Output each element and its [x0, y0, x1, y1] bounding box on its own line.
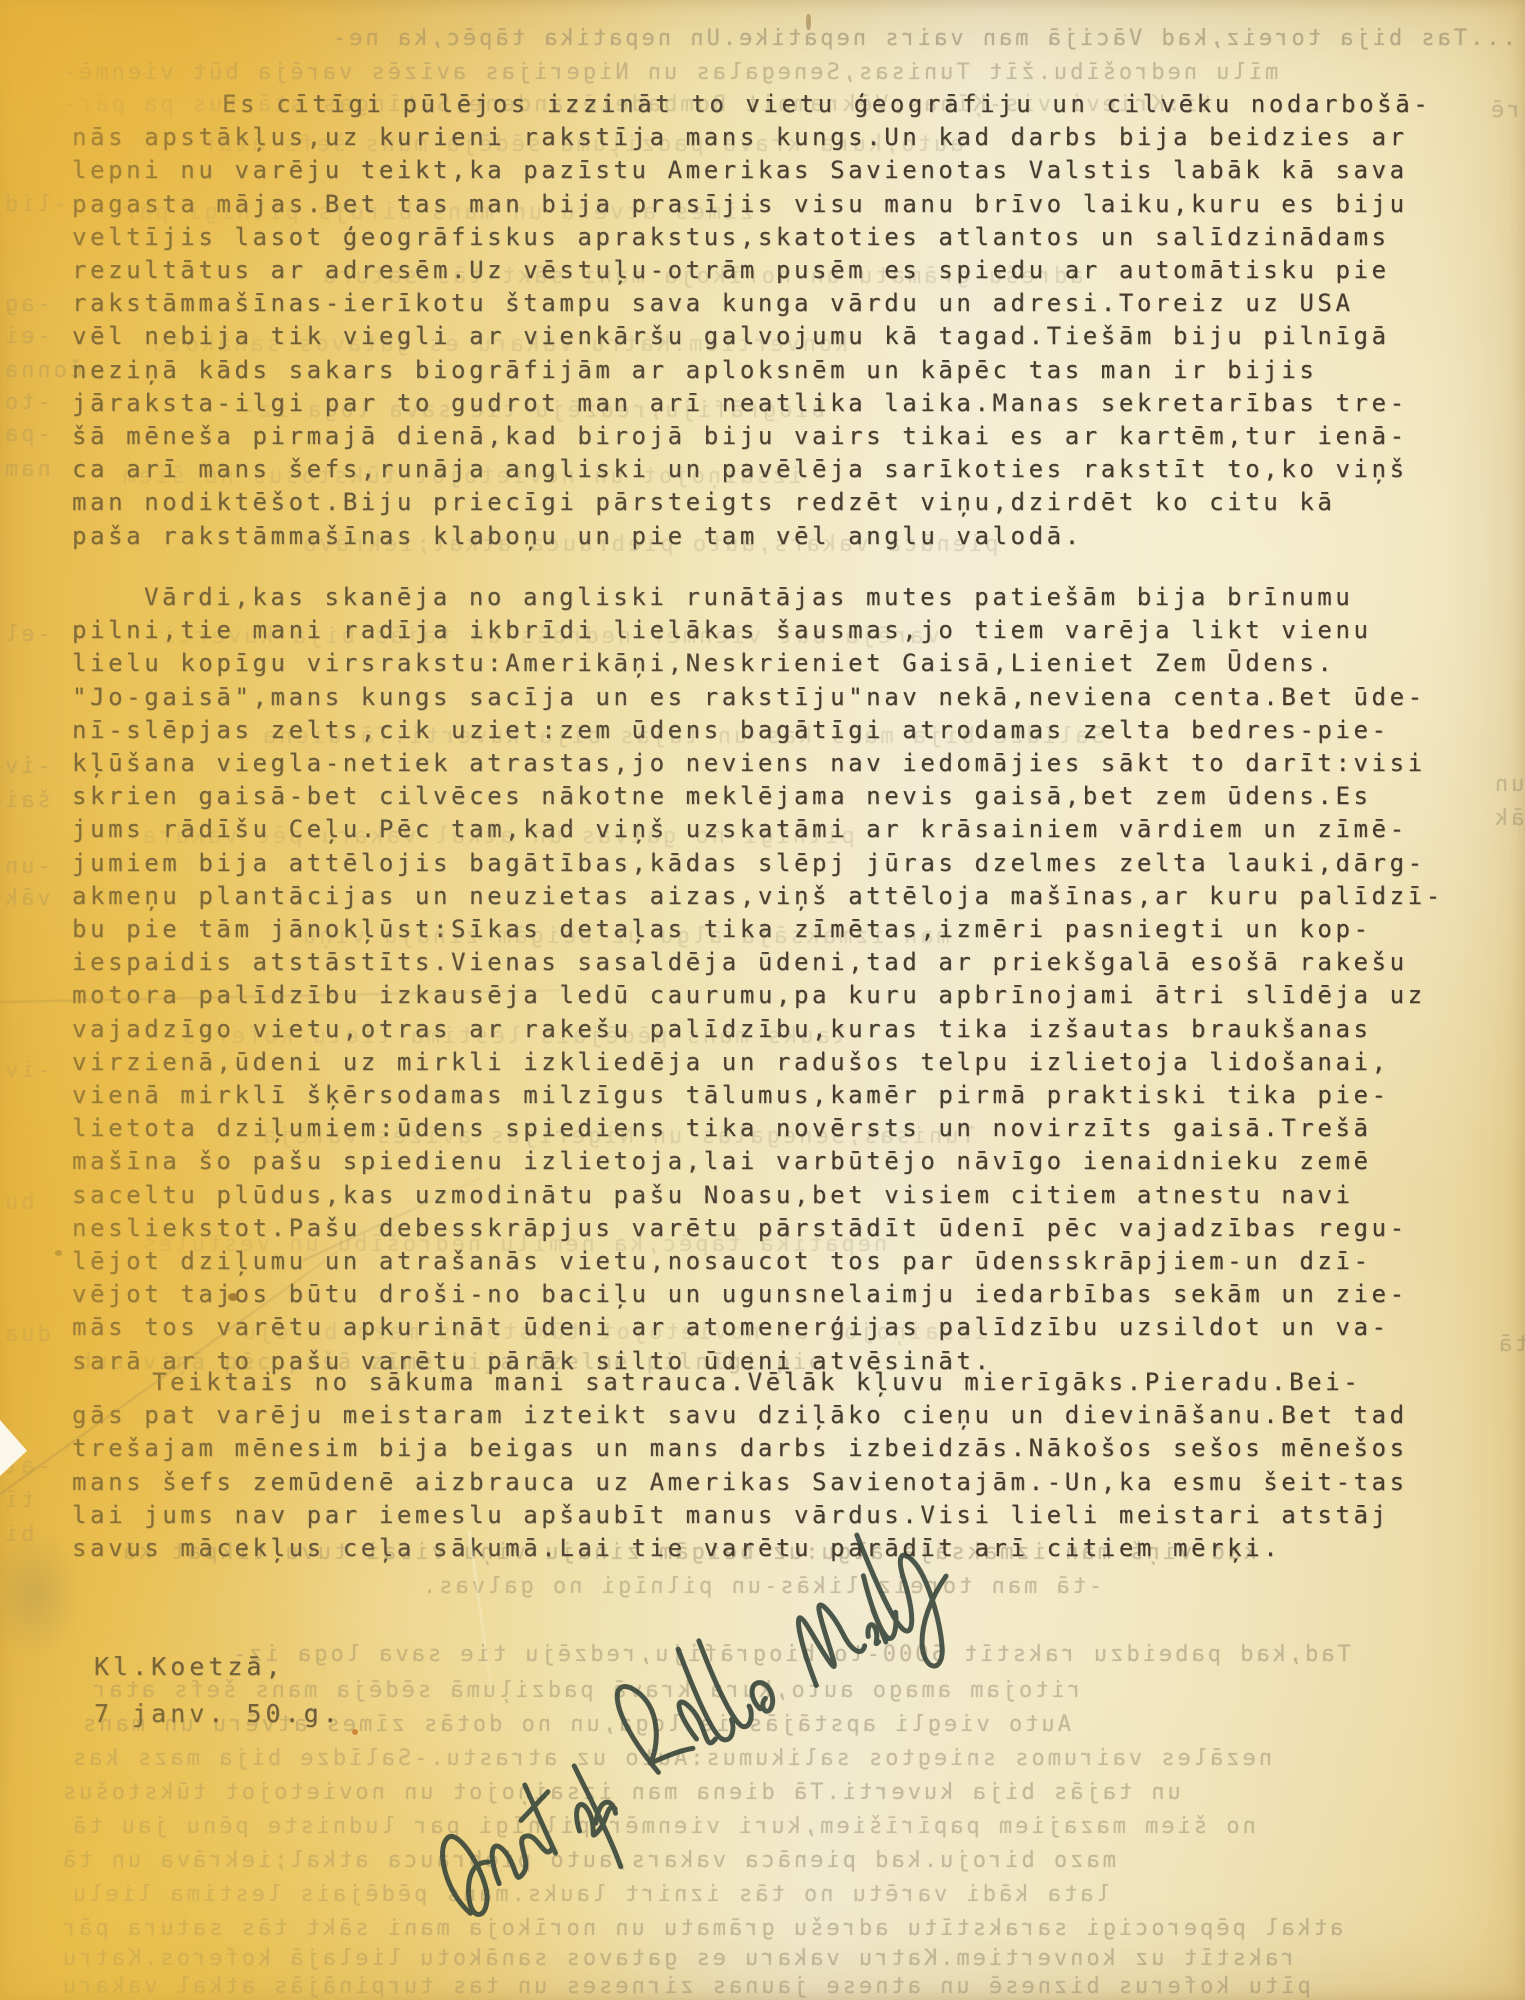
dateline: Kl.Koetzā, 7 janv. 50.g.	[94, 1643, 342, 1737]
text-line: mašīna šo pašu spiedienu izlietoja,lai v…	[72, 1145, 1482, 1178]
ghost-line: rakstīt uz konvertiem.Katru vakaru es ga…	[60, 1944, 1295, 1974]
text-line: trešajam mēnesim bija beigas un mans dar…	[72, 1432, 1482, 1465]
text-line: lepni nu varēju teikt,ka pazīstu Amerika…	[72, 154, 1482, 187]
text-line: lietota dziļumiem:ūdens spiediens tika n…	[72, 1112, 1482, 1145]
ghost-line: -iv	[2, 1056, 51, 1086]
stain	[352, 1729, 358, 1735]
ghost-line: bu	[2, 1188, 35, 1218]
paragraph-2: Vārdi,kas skanēja no angliski runātājas …	[72, 581, 1482, 1378]
ghost-line: -iv	[2, 752, 51, 782]
ghost-line: -ei	[2, 322, 51, 352]
text-line: neziņā kāds sakars biogrāfijām ar aploks…	[72, 354, 1482, 387]
ghost-line: vāk	[1492, 804, 1525, 834]
text-line: jums rādīšu Ceļu.Pēc tam,kad viņš uzskat…	[72, 813, 1482, 846]
text-line: vēl nebija tik viegli ar vienkāršu galvo…	[72, 320, 1482, 353]
ghost-line: tā	[1496, 1330, 1525, 1360]
dateline-date: 7 janv. 50.g.	[94, 1690, 342, 1737]
text-line: šā mēneša pirmajā dienā,kad birojā biju …	[72, 420, 1482, 453]
smudge	[0, 1528, 81, 1658]
ghost-line: vāk	[2, 884, 51, 914]
text-line: pilni,tie mani radīja ikbrīdi lielākas š…	[72, 614, 1482, 647]
dateline-place: Kl.Koetzā,	[94, 1643, 342, 1690]
ghost-line: pītu koferus biznesē un atnese jaunas zi…	[60, 1972, 1311, 2000]
ghost-line: atkal pēperocigi sarakstītu adrešu grāma…	[60, 1914, 1343, 1944]
ghost-line: dua	[2, 1320, 51, 1350]
text-line: Es cītīgi pūlējos izzināt to vietu ģeogr…	[72, 88, 1482, 121]
ghost-line: ...Tas bija toreiz,kad Vācijā man vairs …	[330, 24, 1516, 54]
ghost-line: -ag	[2, 290, 51, 320]
text-line: lielu kopīgu virsrakstu:Amerikāņi,Neskri…	[72, 647, 1482, 680]
ghost-line: -pa	[2, 420, 51, 450]
ghost-line: -lid	[2, 190, 67, 220]
text-line: ca arī mans šefs,runāja angliski un pavē…	[72, 453, 1482, 486]
text-line: bu pie tām jānokļūst:Sīkas detaļas tika …	[72, 913, 1482, 946]
ghost-line: -to	[2, 388, 51, 418]
ghost-line: nam	[2, 455, 51, 485]
text-line: "Jo-gaisā",mans kungs sacīja un es rakst…	[72, 681, 1482, 714]
text-line: jumiem bija attēlojis bagātības,kādas sl…	[72, 847, 1482, 880]
text-line: vajadzīgo vietu,otras ar rakešu palīdzīb…	[72, 1013, 1482, 1046]
text-line: vienā mirklī šķērsodamas milzīgus tālumu…	[72, 1079, 1482, 1112]
text-line: man nodiktēšot.Biju priecīgi pārsteigts …	[72, 486, 1482, 519]
text-line: paša rakstāmmašīnas klaboņu un pie tam v…	[72, 520, 1482, 553]
text-line: Teiktais no sākuma mani satrauca.Vēlāk k…	[72, 1366, 1482, 1399]
ghost-line: mīlu nedrošību.žīt Tunisas,Senegalas un …	[60, 58, 1278, 88]
text-line: nī-slēpjas zelts,cik uziet:zem ūdens bag…	[72, 714, 1482, 747]
text-line: iespaidis atstāstīts.Vienas sasaldēja ūd…	[72, 946, 1482, 979]
text-line: saceltu plūdus,kas uzmodinātu pašu Noasu…	[72, 1179, 1482, 1212]
text-line: mans šefs zemūdenē aizbrauca uz Amerikas…	[72, 1466, 1482, 1499]
text-line: veltījis lasot ģeogrāfiskus aprakstus,sk…	[72, 221, 1482, 254]
letter-page: ...Tas bija toreiz,kad Vācijā man vairs …	[0, 0, 1525, 2000]
text-line: gās pat varēju meistaram izteikt savu dz…	[72, 1399, 1482, 1432]
text-line: rakstāmmašīnas-ierīkotu štampu sava kung…	[72, 287, 1482, 320]
text-line: Vārdi,kas skanēja no angliski runātājas …	[72, 581, 1482, 614]
stain	[55, 1250, 62, 1256]
text-line: rezultātus ar adresēm.Uz vēstuļu-otrām p…	[72, 254, 1482, 287]
ghost-line: šai	[2, 786, 51, 816]
text-line: akmeņu plantācijas un neuzietas aizas,vi…	[72, 880, 1482, 913]
text-line: mās tos varētu apkurināt ūdeni ar atomen…	[72, 1311, 1482, 1344]
text-line: pagasta mājas.Bet tas man bija prasījis …	[72, 188, 1482, 221]
ghost-line: -un	[1492, 770, 1525, 800]
stain	[806, 14, 811, 30]
text-line: nesliekstot.Pašu debesskrāpjus varētu pā…	[72, 1212, 1482, 1245]
stain	[228, 1293, 238, 1301]
text-line: lējot dziļumu un atrašanās vietu,nosauco…	[72, 1245, 1482, 1278]
ghost-line: -un	[2, 852, 51, 882]
text-line: skrien gaisā-bet cilvēces nākotne meklēj…	[72, 780, 1482, 813]
text-line: vējot tajos būtu droši-no baciļu un ugun…	[72, 1278, 1482, 1311]
ghost-line: -el	[2, 620, 51, 650]
text-line: jāraksta-ilgi par to gudrot man arī neat…	[72, 387, 1482, 420]
text-line: kļūšana viegla-netiek atrastas,jo nevien…	[72, 747, 1482, 780]
text-line: nās apstākļus,uz kurieni rakstīja mans k…	[72, 121, 1482, 154]
text-line: virzienā,ūdeni uz mirkli izkliedēja un r…	[72, 1046, 1482, 1079]
ghost-line: -rē	[1488, 96, 1525, 126]
paragraph-1: Es cītīgi pūlējos izzināt to vietu ģeogr…	[72, 88, 1482, 553]
